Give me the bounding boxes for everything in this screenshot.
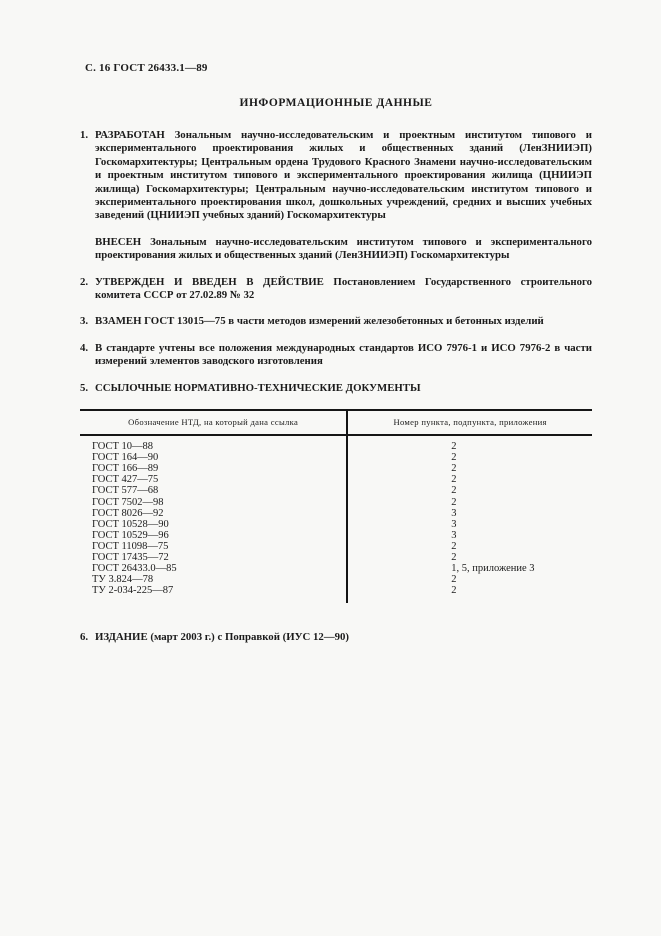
item-text: ССЫЛОЧНЫЕ НОРМАТИВНО-ТЕХНИЧЕСКИЕ ДОКУМЕН…	[95, 382, 592, 395]
cell-ref: 2	[347, 497, 592, 508]
running-head: С. 16 ГОСТ 26433.1—89	[85, 62, 592, 75]
cell-ref: 2	[347, 574, 592, 585]
cell-ntd: ГОСТ 10528—90	[80, 519, 347, 530]
item-number: 4.	[80, 342, 95, 369]
table-row: ТУ 3.824—782	[80, 574, 592, 585]
item-number	[80, 236, 95, 263]
cell-ref: 3	[347, 519, 592, 530]
cell-ntd: ГОСТ 7502—98	[80, 497, 347, 508]
cell-ref: 2	[347, 463, 592, 474]
item-text: ВЗАМЕН ГОСТ 13015—75 в части методов изм…	[95, 315, 592, 328]
cell-ntd: ГОСТ 10—88	[80, 435, 347, 452]
table-header-row: Обозначение НТД, на который дана ссылка …	[80, 410, 592, 435]
item-number: 1.	[80, 129, 95, 223]
page-content: С. 16 ГОСТ 26433.1—89 ИНФОРМАЦИОННЫЕ ДАН…	[0, 0, 661, 645]
item-number: 6.	[80, 631, 95, 644]
item-text: ИЗДАНИЕ (март 2003 г.) с Поправкой (ИУС …	[95, 631, 592, 644]
cell-ntd: ГОСТ 17435—72	[80, 552, 347, 563]
cell-ref: 1, 5, приложение 3	[347, 563, 592, 574]
table-row: ГОСТ 427—752	[80, 474, 592, 485]
item-text: В стандарте учтены все положения междуна…	[95, 342, 592, 369]
reference-documents-table: Обозначение НТД, на который дана ссылка …	[80, 409, 592, 603]
cell-ref: 2	[347, 485, 592, 496]
cell-ntd: ГОСТ 577—68	[80, 485, 347, 496]
cell-ntd: ТУ 2-034-225—87	[80, 585, 347, 603]
item-number: 3.	[80, 315, 95, 328]
cell-ref: 2	[347, 452, 592, 463]
table-row: ГОСТ 17435—722	[80, 552, 592, 563]
list-item-6: 6. ИЗДАНИЕ (март 2003 г.) с Поправкой (И…	[80, 631, 592, 644]
cell-ntd: ТУ 3.824—78	[80, 574, 347, 585]
cell-ref: 2	[347, 541, 592, 552]
cell-ntd: ГОСТ 8026—92	[80, 508, 347, 519]
cell-ref: 3	[347, 530, 592, 541]
item-text: РАЗРАБОТАН Зональным научно-исследовател…	[95, 129, 592, 223]
table-row: ГОСТ 577—682	[80, 485, 592, 496]
cell-ref: 3	[347, 508, 592, 519]
cell-ref: 2	[347, 552, 592, 563]
cell-ntd: ГОСТ 427—75	[80, 474, 347, 485]
cell-ref: 2	[347, 474, 592, 485]
table-row: ТУ 2-034-225—872	[80, 585, 592, 603]
list-item-5: 5. ССЫЛОЧНЫЕ НОРМАТИВНО-ТЕХНИЧЕСКИЕ ДОКУ…	[80, 382, 592, 395]
table-row: ГОСТ 10528—903	[80, 519, 592, 530]
list-item-2: 2. УТВЕРЖДЕН И ВВЕДЕН В ДЕЙСТВИЕ Постано…	[80, 276, 592, 303]
item-number: 5.	[80, 382, 95, 395]
table-row: ГОСТ 166—892	[80, 463, 592, 474]
item-text: УТВЕРЖДЕН И ВВЕДЕН В ДЕЙСТВИЕ Постановле…	[95, 276, 592, 303]
cell-ntd: ГОСТ 11098—75	[80, 541, 347, 552]
table-row: ГОСТ 10529—963	[80, 530, 592, 541]
cell-ref: 2	[347, 585, 592, 603]
table-row: ГОСТ 10—882	[80, 435, 592, 452]
item-number: 2.	[80, 276, 95, 303]
table-row: ГОСТ 26433.0—851, 5, приложение 3	[80, 563, 592, 574]
document-title: ИНФОРМАЦИОННЫЕ ДАННЫЕ	[80, 96, 592, 110]
cell-ntd: ГОСТ 26433.0—85	[80, 563, 347, 574]
cell-ntd: ГОСТ 164—90	[80, 452, 347, 463]
table-header-ref: Номер пункта, подпункта, приложения	[347, 410, 592, 435]
item-text: ВНЕСЕН Зональным научно-исследовательски…	[95, 236, 592, 263]
cell-ntd: ГОСТ 10529—96	[80, 530, 347, 541]
table-row: ГОСТ 8026—923	[80, 508, 592, 519]
list-item-4: 4. В стандарте учтены все положения межд…	[80, 342, 592, 369]
cell-ref: 2	[347, 435, 592, 452]
list-item-1: 1. РАЗРАБОТАН Зональным научно-исследова…	[80, 129, 592, 223]
table-header-ntd: Обозначение НТД, на который дана ссылка	[80, 410, 347, 435]
cell-ntd: ГОСТ 166—89	[80, 463, 347, 474]
list-item-3: 3. ВЗАМЕН ГОСТ 13015—75 в части методов …	[80, 315, 592, 328]
table-row: ГОСТ 7502—982	[80, 497, 592, 508]
table-row: ГОСТ 11098—752	[80, 541, 592, 552]
list-item-1-continuation: ВНЕСЕН Зональным научно-исследовательски…	[80, 236, 592, 263]
numbered-items: 1. РАЗРАБОТАН Зональным научно-исследова…	[80, 129, 592, 645]
document-page: С. 16 ГОСТ 26433.1—89 ИНФОРМАЦИОННЫЕ ДАН…	[0, 0, 661, 936]
table-row: ГОСТ 164—902	[80, 452, 592, 463]
